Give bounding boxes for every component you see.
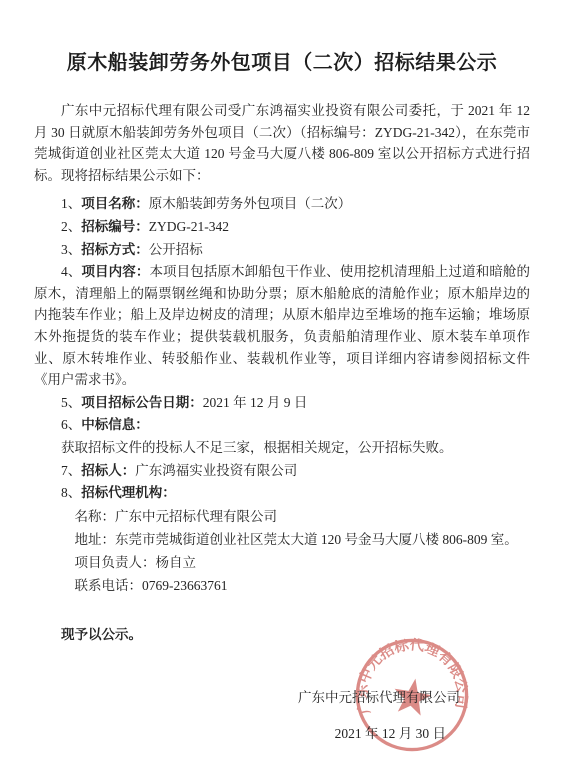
item-number: 8、: [61, 485, 81, 500]
item-content: 广东鸿福实业投资有限公司: [135, 463, 297, 478]
agency-name-row: 名称：广东中元招标代理有限公司: [34, 505, 530, 528]
agency-address-row: 地址：东莞市莞城街道创业社区莞太大道 120 号金马大厦八楼 806-809 室…: [34, 528, 530, 551]
detail-value: 0769-23663761: [142, 578, 228, 593]
item-content: 2021 年 12 月 9 日: [203, 395, 308, 410]
item-label: 项目招标公告日期：: [81, 395, 203, 410]
agency-details: 名称：广东中元招标代理有限公司 地址：东莞市莞城街道创业社区莞太大道 120 号…: [34, 505, 530, 597]
signature-date: 2021 年 12 月 30 日: [34, 723, 530, 745]
item-number: 6、: [61, 417, 81, 432]
item-agency: 8、招标代理机构：: [34, 482, 530, 504]
item-number: 1、: [61, 196, 81, 211]
item-project-content: 4、项目内容：本项目包括原木卸船包干作业、使用挖机清理船上过道和暗舱的原木，清理…: [34, 261, 530, 391]
detail-label: 名称：: [75, 509, 116, 524]
item-project-name: 1、项目名称：原木船装卸劳务外包项目（二次）: [34, 193, 530, 215]
item-number: 3、: [61, 242, 81, 257]
item-tender-number: 2、招标编号：ZYDG-21-342: [34, 216, 530, 238]
item-award-result: 获取招标文件的投标人不足三家，根据相关规定，公开招标失败。: [34, 437, 530, 459]
item-tenderer: 7、招标人：广东鸿福实业投资有限公司: [34, 460, 530, 482]
item-number: 5、: [61, 395, 81, 410]
detail-label: 联系电话：: [75, 578, 143, 593]
item-content: ZYDG-21-342: [149, 219, 229, 234]
item-content: 本项目包括原木卸船包干作业、使用挖机清理船上过道和暗舱的原木，清理船上的隔票钢丝…: [34, 264, 530, 387]
item-number: 7、: [61, 463, 81, 478]
agency-manager-row: 项目负责人：杨自立: [34, 551, 530, 574]
item-number: 2、: [61, 219, 81, 234]
item-label: 中标信息：: [81, 417, 149, 432]
intro-paragraph: 广东中元招标代理有限公司受广东鸿福实业投资有限公司委托，于 2021 年 12 …: [34, 100, 530, 186]
item-announcement-date: 5、项目招标公告日期：2021 年 12 月 9 日: [34, 392, 530, 414]
signature-company: 广东中元招标代理有限公司: [34, 687, 530, 709]
item-label: 招标人：: [81, 463, 135, 478]
item-label: 项目名称：: [81, 196, 149, 211]
item-number: 4、: [61, 264, 81, 279]
item-content: 获取招标文件的投标人不足三家，根据相关规定，公开招标失败。: [61, 440, 453, 455]
detail-label: 地址：: [75, 532, 116, 547]
item-label: 项目内容：: [81, 264, 149, 279]
detail-value: 东莞市莞城街道创业社区莞太大道 120 号金马大厦八楼 806-809 室。: [115, 532, 518, 547]
item-award-info: 6、中标信息：: [34, 414, 530, 436]
numbered-items: 1、项目名称：原木船装卸劳务外包项目（二次） 2、招标编号：ZYDG-21-34…: [34, 193, 530, 503]
detail-value: 杨自立: [156, 555, 197, 570]
item-label: 招标代理机构：: [81, 485, 176, 500]
item-label: 招标编号：: [81, 219, 149, 234]
announcement-page: 原木船装卸劳务外包项目（二次）招标结果公示 广东中元招标代理有限公司受广东鸿福实…: [0, 0, 564, 783]
page-title: 原木船装卸劳务外包项目（二次）招标结果公示: [34, 46, 530, 75]
agency-phone-row: 联系电话：0769-23663761: [34, 574, 530, 597]
detail-label: 项目负责人：: [75, 555, 156, 570]
item-tender-method: 3、招标方式：公开招标: [34, 239, 530, 261]
item-content: 公开招标: [149, 242, 203, 257]
detail-value: 广东中元招标代理有限公司: [115, 509, 277, 524]
item-content: 原木船装卸劳务外包项目（二次）: [149, 196, 352, 211]
item-label: 招标方式：: [81, 242, 149, 257]
